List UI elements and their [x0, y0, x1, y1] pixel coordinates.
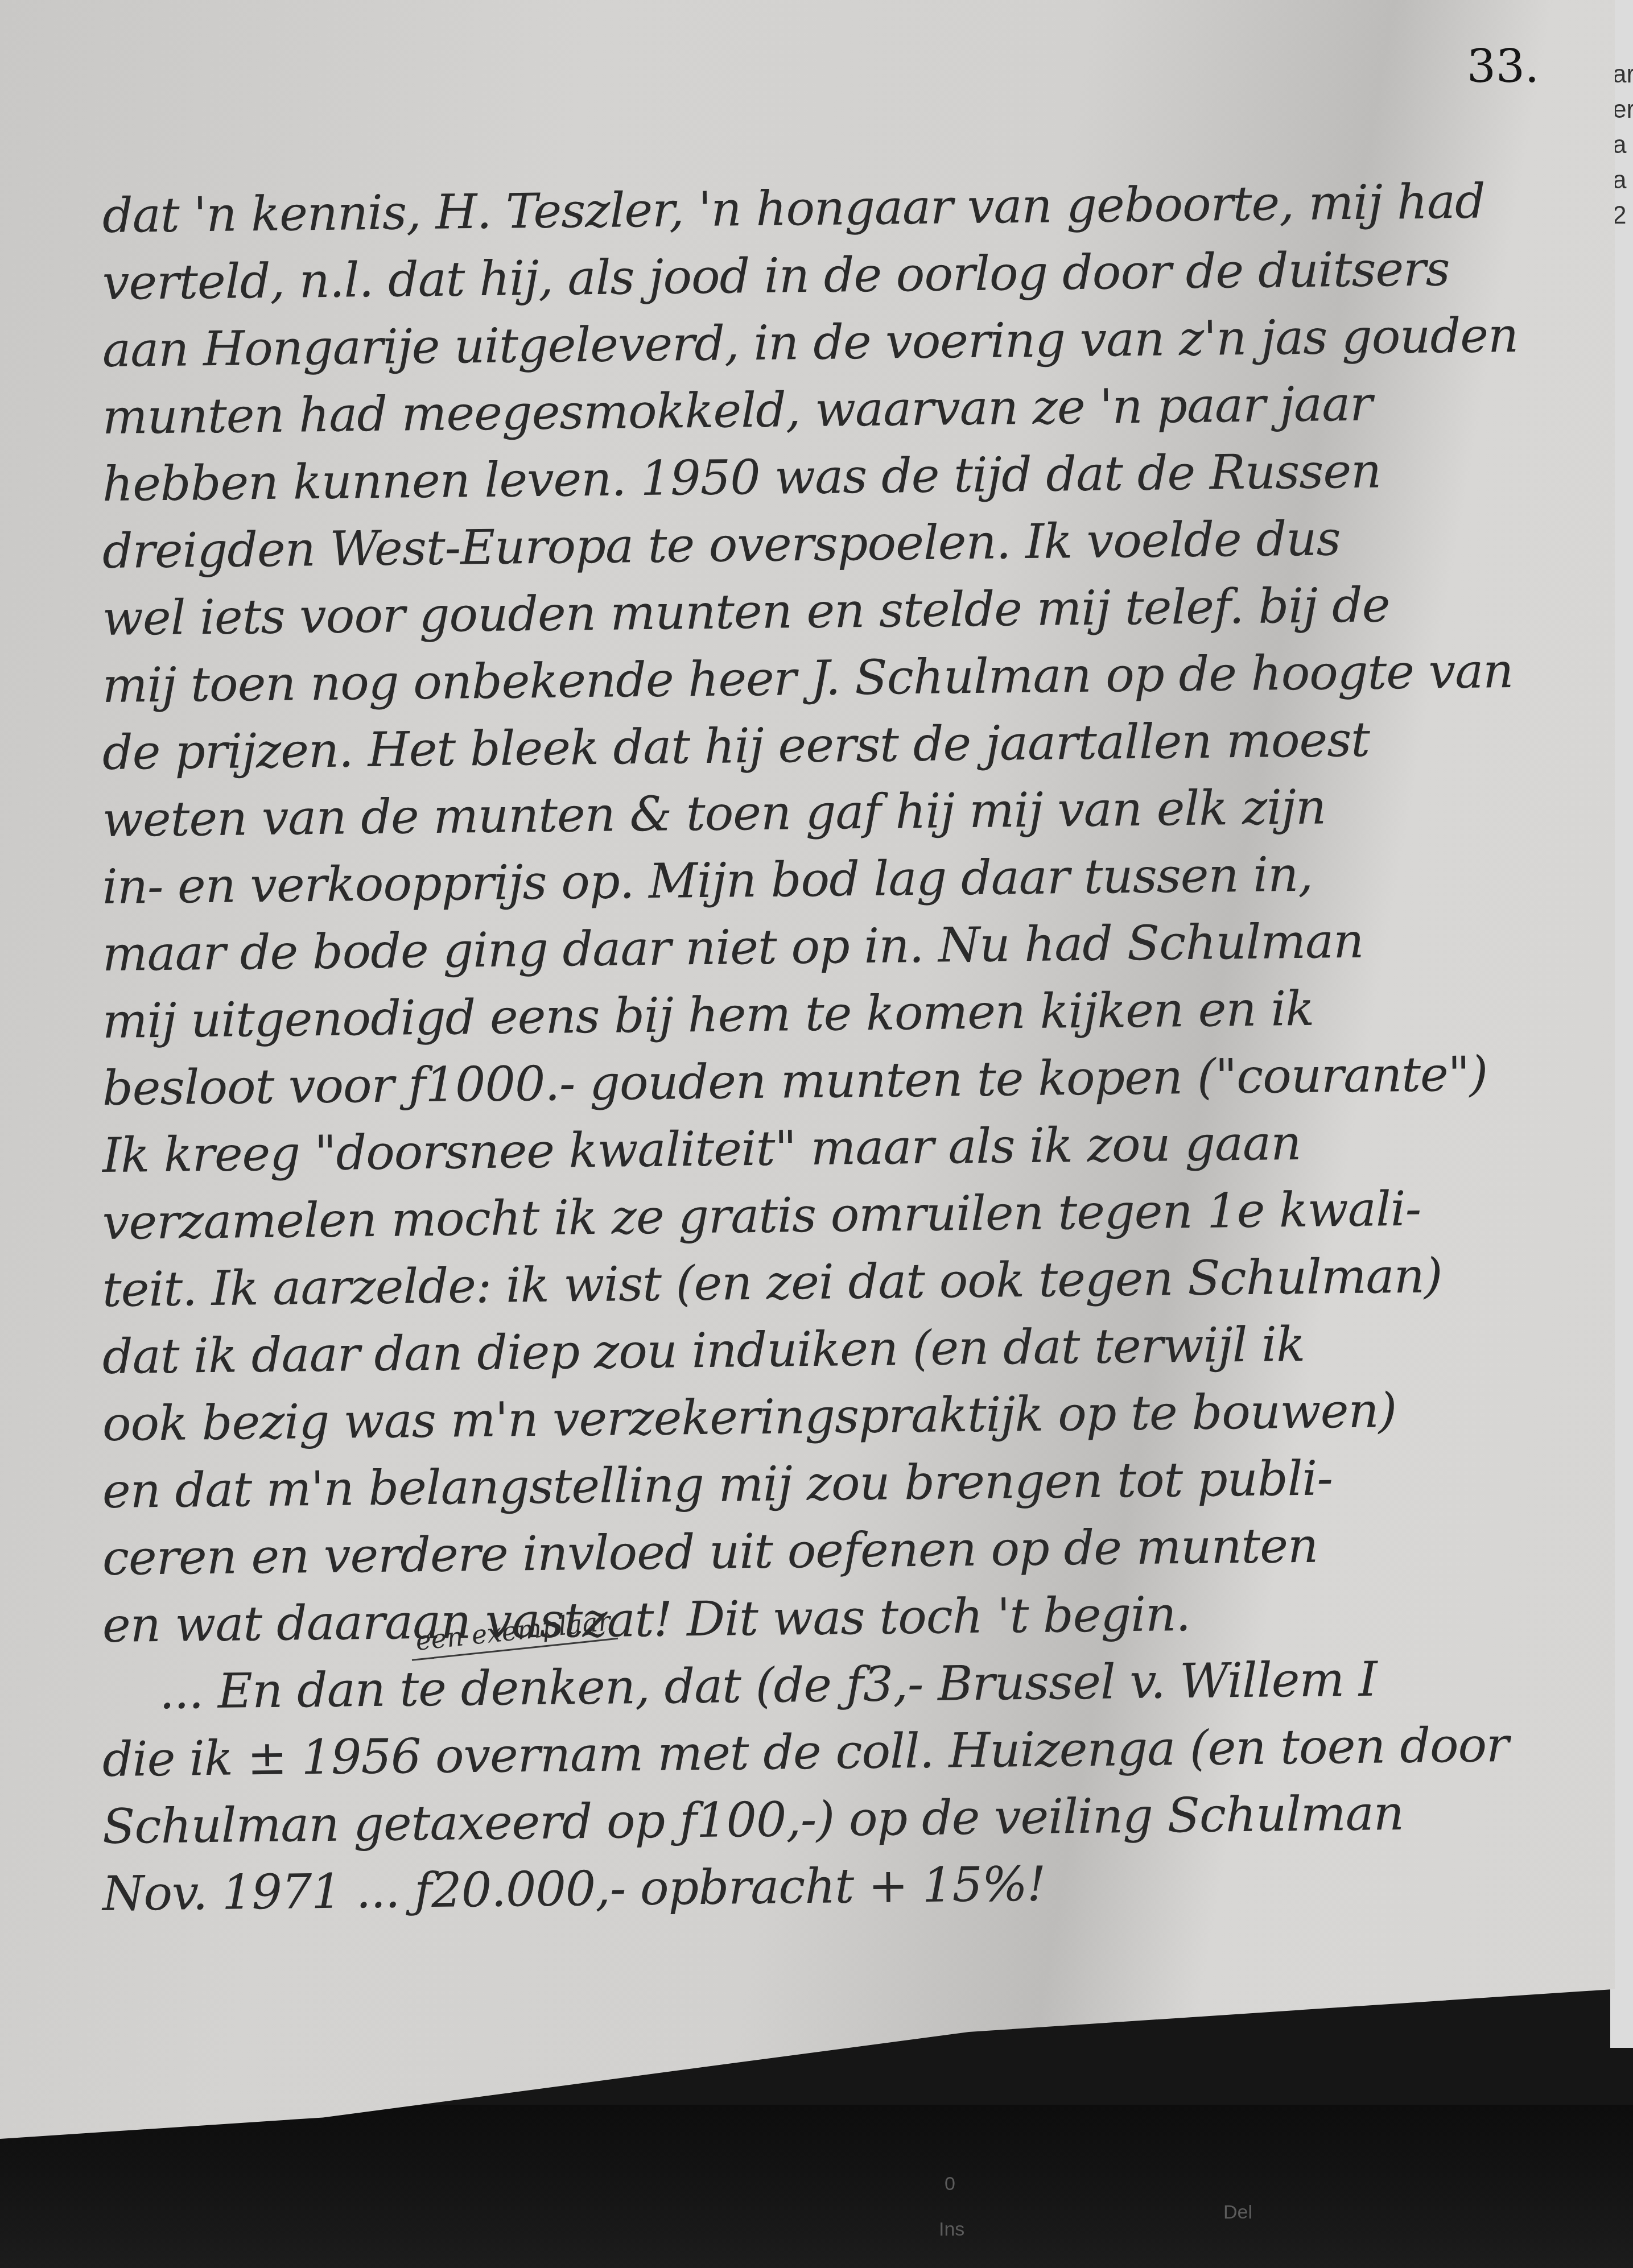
key-del-label: Del	[1223, 2201, 1252, 2224]
handwritten-page: 33. dat 'n kennis, H. Teszler, 'n hongaa…	[0, 0, 1615, 2139]
keyboard-background: Ins Del 0	[0, 2105, 1633, 2268]
page-number: 33.	[1467, 40, 1539, 93]
key-ins-label: Ins	[939, 2219, 964, 2241]
handwritten-text: dat 'n kennis, H. Teszler, 'n hongaar va…	[102, 182, 1593, 1927]
key-zero-label: 0	[945, 2173, 955, 2195]
document-photo: ar er a a 2 Ins Del 0 33. dat 'n kennis,…	[0, 0, 1633, 2268]
fragment: er	[1613, 96, 1633, 123]
fragment: ar	[1613, 60, 1633, 88]
